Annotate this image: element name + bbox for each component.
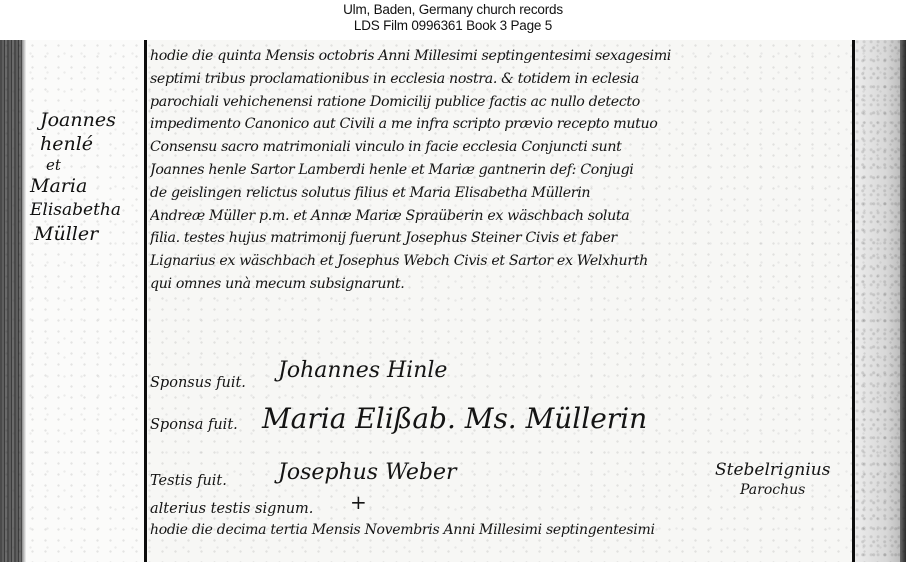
entry-line: Joannes henle Sartor Lamberdi henle et M… <box>150 159 850 182</box>
bride-signature-row: Sponsa fuit. <box>150 414 238 433</box>
scan-border-right <box>900 40 906 562</box>
margin-line-bride-surname: Müller <box>30 222 142 246</box>
entry-line: hodie die quinta Mensis octobris Anni Mi… <box>150 45 850 68</box>
priest-signature: Stebelrignius <box>715 460 830 480</box>
page-header: Ulm, Baden, Germany church records LDS F… <box>0 0 906 40</box>
marginal-names: Joannes henlé et Maria Elisabetha Müller <box>30 108 142 246</box>
entry-line: impedimento Canonico aut Civili a me inf… <box>150 113 850 136</box>
header-title-collection: Ulm, Baden, Germany church records <box>0 0 906 18</box>
other-witness-row: alterius testis signum. <box>150 498 313 517</box>
groom-signature-row: Sponsus fuit. <box>150 372 246 391</box>
witness-signature: Josephus Weber <box>278 460 457 485</box>
next-entry-start: hodie die decima tertia Mensis Novembris… <box>150 522 655 538</box>
other-witness-label: alterius testis signum. <box>150 501 313 517</box>
groom-signature: Johannes Hinle <box>278 358 447 383</box>
witness-label: Testis fuit. <box>150 473 227 489</box>
entry-line: parochiali vehichenensi ratione Domicili… <box>150 91 850 114</box>
margin-line-groom-surname: henlé <box>30 132 142 156</box>
entry-line: Lignarius ex wäschbach et Josephus Webch… <box>150 250 850 273</box>
margin-line-bride-middle: Elisabetha <box>30 198 142 222</box>
page-edge-right <box>855 40 900 562</box>
margin-line-bride-first: Maria <box>30 174 142 198</box>
signature-block: Sponsus fuit. Johannes Hinle Sponsa fuit… <box>150 330 850 522</box>
groom-label: Sponsus fuit. <box>150 375 246 391</box>
entry-line: Andreæ Müller p.m. et Annæ Mariæ Spraübe… <box>150 205 850 228</box>
binding-edge-left <box>0 40 22 562</box>
entry-line: Consensu sacro matrimoniali vinculo in f… <box>150 136 850 159</box>
margin-line-et: et <box>30 156 142 174</box>
bride-signature: Maria Elißab. Ms. Müllerin <box>262 402 647 435</box>
bride-label: Sponsa fuit. <box>150 417 238 433</box>
entry-line: filia. testes hujus matrimonij fuerunt J… <box>150 227 850 250</box>
entry-line: de geislingen relictus solutus filius et… <box>150 182 850 205</box>
marriage-entry-text: hodie die quinta Mensis octobris Anni Mi… <box>150 45 850 296</box>
priest-title: Parochus <box>740 482 805 498</box>
witness-cross-mark: + <box>350 490 367 514</box>
ruled-line-left <box>144 40 147 562</box>
margin-line-groom-first: Joannes <box>30 108 142 132</box>
entry-line: septimi tribus proclamationibus in eccle… <box>150 68 850 91</box>
entry-line: qui omnes unà mecum subsignarunt. <box>150 273 850 296</box>
header-title-film: LDS Film 0996361 Book 3 Page 5 <box>0 18 906 34</box>
witness-signature-row: Testis fuit. <box>150 470 227 489</box>
